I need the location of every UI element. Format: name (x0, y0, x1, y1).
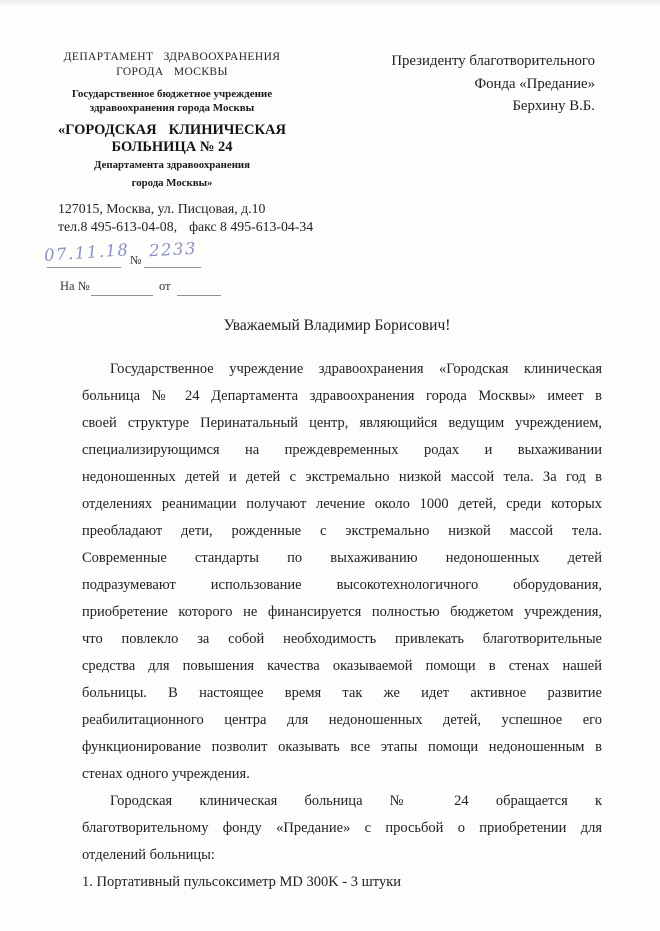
org-type-line1: Государственное бюджетное учреждение (58, 88, 286, 102)
number-sign: № (130, 253, 141, 268)
reply-from-label: от (159, 279, 171, 294)
body-line: недоношенных детей и детей с экстремальн… (82, 464, 602, 491)
body-line: Городская клиническая больница № 24 обра… (82, 788, 602, 815)
date-handwritten: 07.11.18 (43, 240, 130, 265)
org-subname-line2: города Москвы» (58, 177, 286, 190)
org-type-block: Государственное бюджетное учреждение здр… (58, 88, 286, 115)
body-line: приобретение которого не финансируется п… (82, 599, 602, 626)
body-line: стенах одного учреждения. (82, 761, 602, 788)
addressee-line3: Берхину В.Б. (335, 95, 595, 118)
body-line: Современные стандарты по выхаживанию нед… (82, 545, 602, 572)
reply-from-underline (177, 294, 221, 296)
org-type-line2: здравоохранения города Москвы (58, 102, 286, 116)
body-line: отделениях реанимации получают лечение о… (82, 491, 602, 518)
body-line: средства для повышения качества оказывае… (82, 653, 602, 680)
body-line: своей структуре Перинатальный центр, явл… (82, 410, 602, 437)
org-phone-fax: тел.8 495-613-04-08,факс 8 495-613-04-34 (58, 219, 286, 235)
addressee-block: Президенту благотворительного Фонда «Пре… (335, 50, 595, 118)
body-line: отделений больницы: (82, 842, 602, 869)
date-underline (47, 266, 121, 268)
org-subname-line1: Департамента здравоохранения (58, 159, 286, 172)
reply-number-label: На № (60, 279, 90, 294)
department-name-line2: ГОРОДА МОСКВЫ (58, 65, 286, 80)
paragraph-1: Государственное учреждение здравоохранен… (82, 356, 602, 788)
org-name-line1: «ГОРОДСКАЯ КЛИНИЧЕСКАЯ (58, 122, 286, 139)
org-name-line2: БОЛЬНИЦА № 24 (58, 139, 286, 156)
org-block: ДЕПАРТАМЕНТ ЗДРАВООХРАНЕНИЯ ГОРОДА МОСКВ… (58, 50, 286, 235)
letter-body: Государственное учреждение здравоохранен… (82, 356, 602, 896)
letterhead: ДЕПАРТАМЕНТ ЗДРАВООХРАНЕНИЯ ГОРОДА МОСКВ… (0, 0, 660, 235)
body-line: благотворительному фонду «Предание» с пр… (82, 815, 602, 842)
addressee-line2: Фонда «Предание» (335, 73, 595, 96)
body-line: преобладают дети, рожденные с экстремаль… (82, 518, 602, 545)
request-item: 1. Портативный пульсоксиметр MD 300K - 3… (82, 869, 602, 896)
reference-block: 07.11.18 № 2233 На № от (47, 247, 660, 299)
number-handwritten: 2233 (149, 239, 198, 260)
department-name-line1: ДЕПАРТАМЕНТ ЗДРАВООХРАНЕНИЯ (58, 50, 286, 65)
paragraph-2: Городская клиническая больница № 24 обра… (82, 788, 602, 869)
scanned-letter-page: ДЕПАРТАМЕНТ ЗДРАВООХРАНЕНИЯ ГОРОДА МОСКВ… (0, 0, 660, 931)
org-phone: тел.8 495-613-04-08, (58, 219, 177, 234)
number-underline (144, 266, 201, 268)
body-line: реабилитационного центра для недоношенны… (82, 707, 602, 734)
reply-number-underline (91, 294, 153, 296)
body-line: функционирование позволит оказывать все … (82, 734, 602, 761)
body-line: больницы. В настоящее время так же идет … (82, 680, 602, 707)
addressee-line1: Президенту благотворительного (335, 50, 595, 73)
body-line: Государственное учреждение здравоохранен… (82, 356, 602, 383)
body-line: подразумевают использование высокотехнол… (82, 572, 602, 599)
body-line: что повлекло за собой необходимость прив… (82, 626, 602, 653)
org-fax: факс 8 495-613-04-34 (189, 219, 313, 234)
body-line: больница № 24 Департамента здравоохранен… (82, 383, 602, 410)
salutation: Уважаемый Владимир Борисович! (0, 317, 660, 335)
body-line: специализирующимся на преждевременных ро… (82, 437, 602, 464)
org-address: 127015, Москва, ул. Писцовая, д.10 (58, 201, 286, 217)
